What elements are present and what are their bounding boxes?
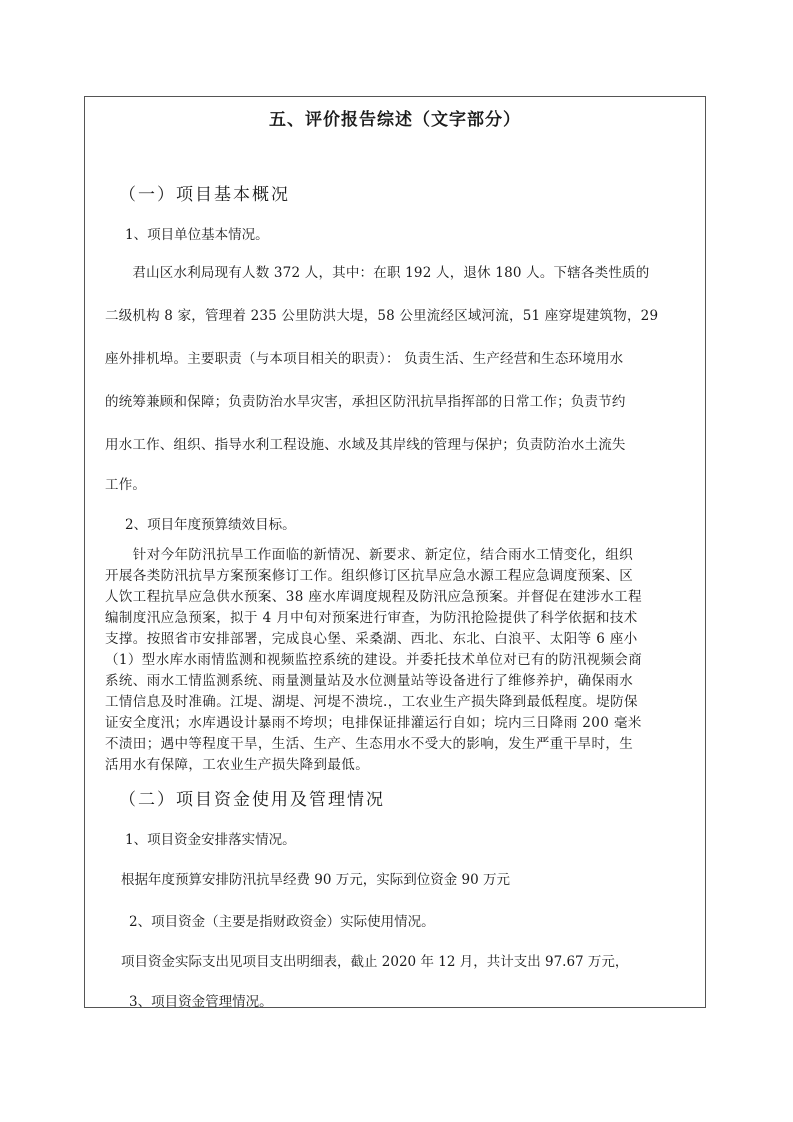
paragraph-line: 开展各类防汛抗旱方案预案修订工作。组织修订区抗旱应急水源工程应急调度预案、区 [105,564,633,584]
subheading-fund-management: 3、项目资金管理情况。 [129,990,273,1010]
fund-actual-use-text: 项目资金实际支出见项目支出明细表，截止 2020 年 12 月，共计支出 97.… [121,950,628,970]
paragraph-line: 针对今年防汛抗旱工作面临的新情况、新要求、新定位，结合雨水工情变化，组织 [105,543,633,563]
paragraph-line: 证安全度汛；水库遇设计暴雨不垮坝；电排保证排灌运行自如；垸内三日降雨 200 毫… [105,711,642,731]
paragraph-line: （1）型水库水雨情监测和视频监控系统的建设。并委托技术单位对已有的防汛视频会商 [105,648,642,668]
paragraph-line: 支撑。按照省市安排部署，完成良心堡、采桑湖、西北、东北、白浪平、太阳等 6 座小 [105,627,638,647]
section-heading-fund-usage: （二）项目资金使用及管理情况 [119,785,385,810]
paragraph-line: 活用水有保障，工农业生产损失降到最低。 [105,753,369,773]
subheading-performance-goals: 2、项目年度预算绩效目标。 [125,513,296,533]
subheading-unit-info: 1、项目单位基本情况。 [125,223,269,243]
paragraph-line: 人饮工程抗旱应急供水预案、38 座水库调度规程及防汛应急预案。并督促在建涉水工程 [105,585,642,605]
paragraph-line: 二级机构 8 家，管理着 235 公里防洪大堤，58 公里流经区域河流，51 座… [105,304,658,324]
paragraph-line: 编制度汛应急预案，拟于 4 月中旬对预案进行审查，为防汛抢险提供了科学依据和技术 [105,606,638,626]
fund-arrangement-text: 根据年度预算安排防汛抗旱经费 90 万元，实际到位资金 90 万元 [121,868,510,888]
paragraph-line: 工作。 [105,473,146,493]
subheading-fund-actual-use: 2、项目资金（主要是指财政资金）实际使用情况。 [129,910,435,930]
section-heading-basic-overview: （一）项目基本概况 [119,180,290,205]
paragraph-line: 用水工作、组织、指导水利工程设施、水域及其岸线的管理与保护；负责防治水土流失 [105,433,626,453]
subheading-fund-arrangement: 1、项目资金安排落实情况。 [125,828,296,848]
paragraph-line: 不渍田；遇中等程度干旱，生活、生产、生态用水不受大的影响，发生严重干旱时，生 [105,732,633,752]
paragraph-line: 系统、雨水工情监测系统、雨量测量站及水位测量站等设备进行了维修养护，确保雨水 [105,669,633,689]
page-title: 五、评价报告综述（文字部分） [85,105,705,130]
paragraph-line: 的统筹兼顾和保障；负责防治水旱灾害，承担区防汛抗旱指挥部的日常工作；负责节约 [105,390,626,410]
paragraph-line: 工情信息及时准确。江堤、湖堤、河堤不溃垸.，工农业生产损失降到最低程度。堤防保 [105,690,638,710]
report-summary-frame: 五、评价报告综述（文字部分） （一）项目基本概况 1、项目单位基本情况。 君山区… [84,96,706,1008]
paragraph-line: 座外排机埠。主要职责（与本项目相关的职责）： 负责生活、生产经营和生态环境用水 [105,347,623,367]
paragraph-line: 君山区水利局现有人数 372 人，其中：在职 192 人，退休 180 人。下辖… [105,261,649,281]
